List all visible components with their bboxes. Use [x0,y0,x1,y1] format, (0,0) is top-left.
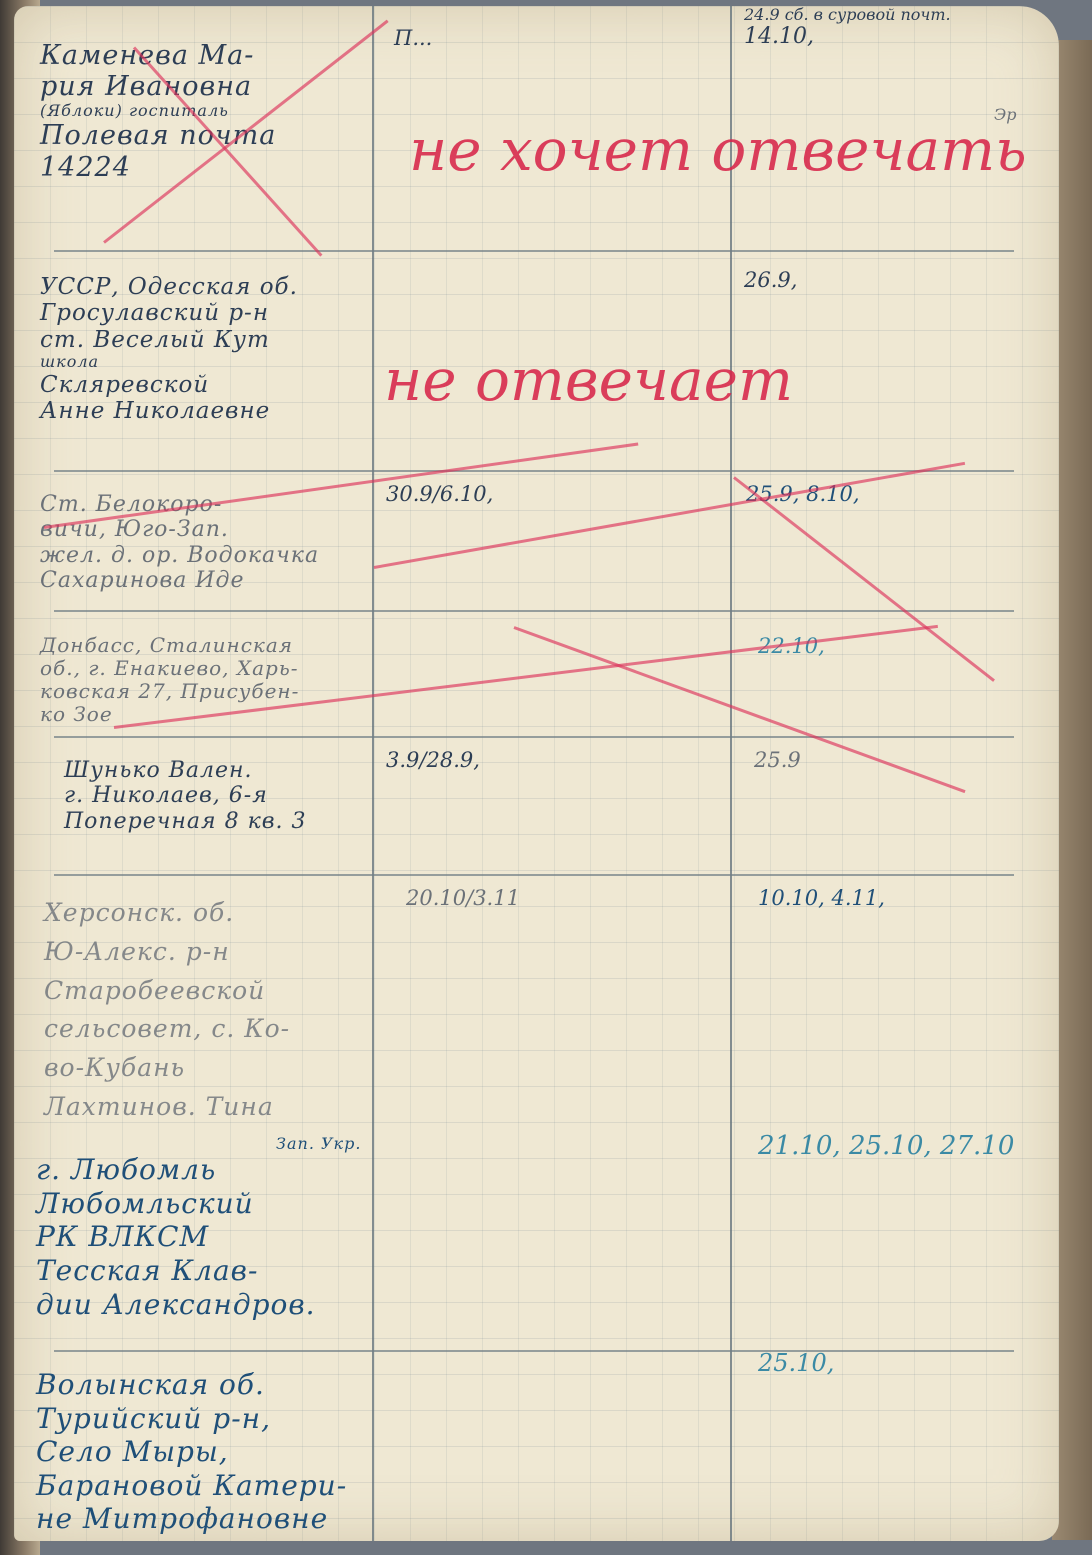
entry-5-sent: 3.9/28.9, [386,748,480,772]
column-divider-2 [730,6,732,1541]
row-rule [54,250,1014,252]
entry-2-address: УССР, Одесская об. Гросулавский р-н ст. … [40,274,298,425]
margin-mark: Эр [994,106,1016,124]
row-rule [54,1350,1014,1352]
entry-1-received: 24.9 сб. в суровой почт. 14.10, [744,6,951,50]
entry-5-address: Шунько Вален. г. Николаев, 6-я Поперечна… [64,758,307,834]
entry-2-received: 26.9, [744,268,797,292]
entry-2-annotation: не отвечает [384,346,984,414]
entry-6-sent: 20.10/3.11 [406,886,520,910]
notebook-page: Каменева Ма- рия Ивановна (Яблоки) госпи… [14,6,1059,1541]
entry-8-address: Волынская об. Турийский р-н, Село Мыры, … [36,1368,347,1536]
row-rule [54,874,1014,876]
entry-7-received: 21.10, 25.10, 27.10 [758,1132,1014,1162]
entry-1-address: Каменева Ма- рия Ивановна (Яблоки) госпи… [40,40,276,183]
entry-5-received: 25.9 [754,748,801,772]
entry-6-address: Херсонск. об. Ю-Алекс. р-н Старобеевской… [44,894,290,1127]
entry-1-sent: П... [394,26,432,50]
entry-7-address: Зап. Укр. г. Любомль Любомльский РК ВЛКС… [36,1134,361,1321]
entry-8-received: 25.10, [758,1350,834,1378]
entry-3-sent: 30.9/6.10, [386,482,493,506]
cross-out-mark [44,443,639,529]
cross-out-mark [374,462,965,569]
column-divider-1 [372,6,374,1541]
entry-6-received: 10.10, 4.11, [758,886,885,910]
entry-1-annotation: не хочет отвечать [409,116,1029,184]
row-rule [54,610,1014,612]
entry-4-address: Донбасс, Сталинская об., г. Енакиево, Ха… [40,634,299,726]
row-rule [54,736,1014,738]
row-rule [54,470,1014,472]
